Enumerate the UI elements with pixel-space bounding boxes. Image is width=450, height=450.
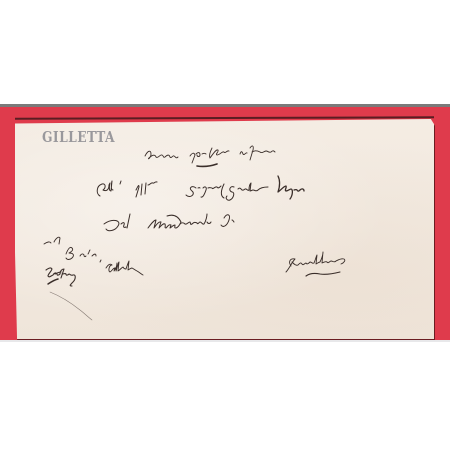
handwriting-sender-note <box>44 237 143 320</box>
handwriting-line-3 <box>104 214 234 231</box>
handwriting-strokes <box>0 104 450 342</box>
bottom-border-strip <box>0 340 450 342</box>
letter-photo: GILLETTA <box>0 104 450 342</box>
handwriting-line-2 <box>97 176 304 200</box>
handwriting-line-1 <box>145 146 275 166</box>
handwriting-destination <box>286 252 345 276</box>
